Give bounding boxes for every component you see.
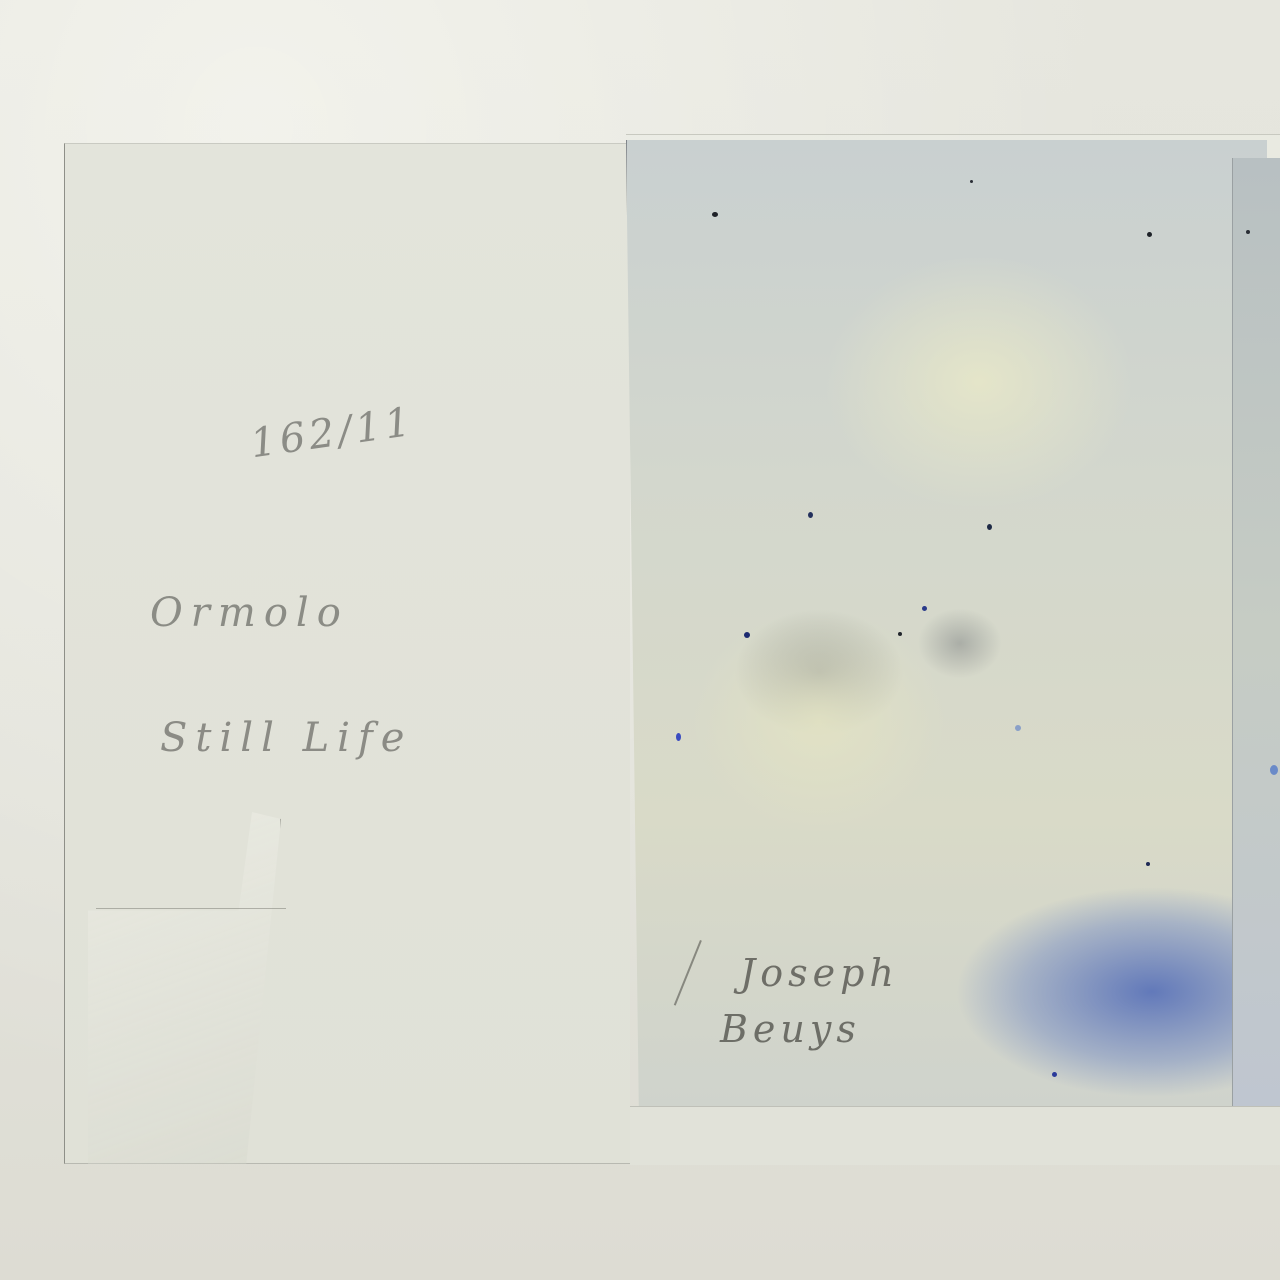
title-line-2: Still Life — [160, 715, 412, 761]
speckle — [970, 180, 973, 183]
speckle — [1147, 232, 1152, 237]
signature-line-1: Joseph — [700, 945, 899, 1001]
signature-line-2: Beuys — [700, 1001, 899, 1057]
speckle — [1052, 1072, 1057, 1077]
speckle — [1146, 862, 1150, 866]
speckle — [676, 733, 681, 741]
speckle — [1015, 725, 1021, 731]
speckle — [1246, 230, 1250, 234]
speckle — [987, 524, 992, 530]
speckle — [712, 212, 718, 217]
print-right-band — [1232, 158, 1280, 1108]
speckle — [898, 632, 902, 636]
bottom-paper-strip — [630, 1106, 1280, 1165]
speckle — [922, 606, 927, 611]
artist-signature: Joseph Beuys — [700, 945, 899, 1057]
title-line-1: Ormolo — [150, 590, 349, 636]
speckle — [744, 632, 750, 638]
speckle — [808, 512, 813, 518]
tape-edge — [96, 908, 286, 909]
speckle — [1270, 765, 1278, 775]
